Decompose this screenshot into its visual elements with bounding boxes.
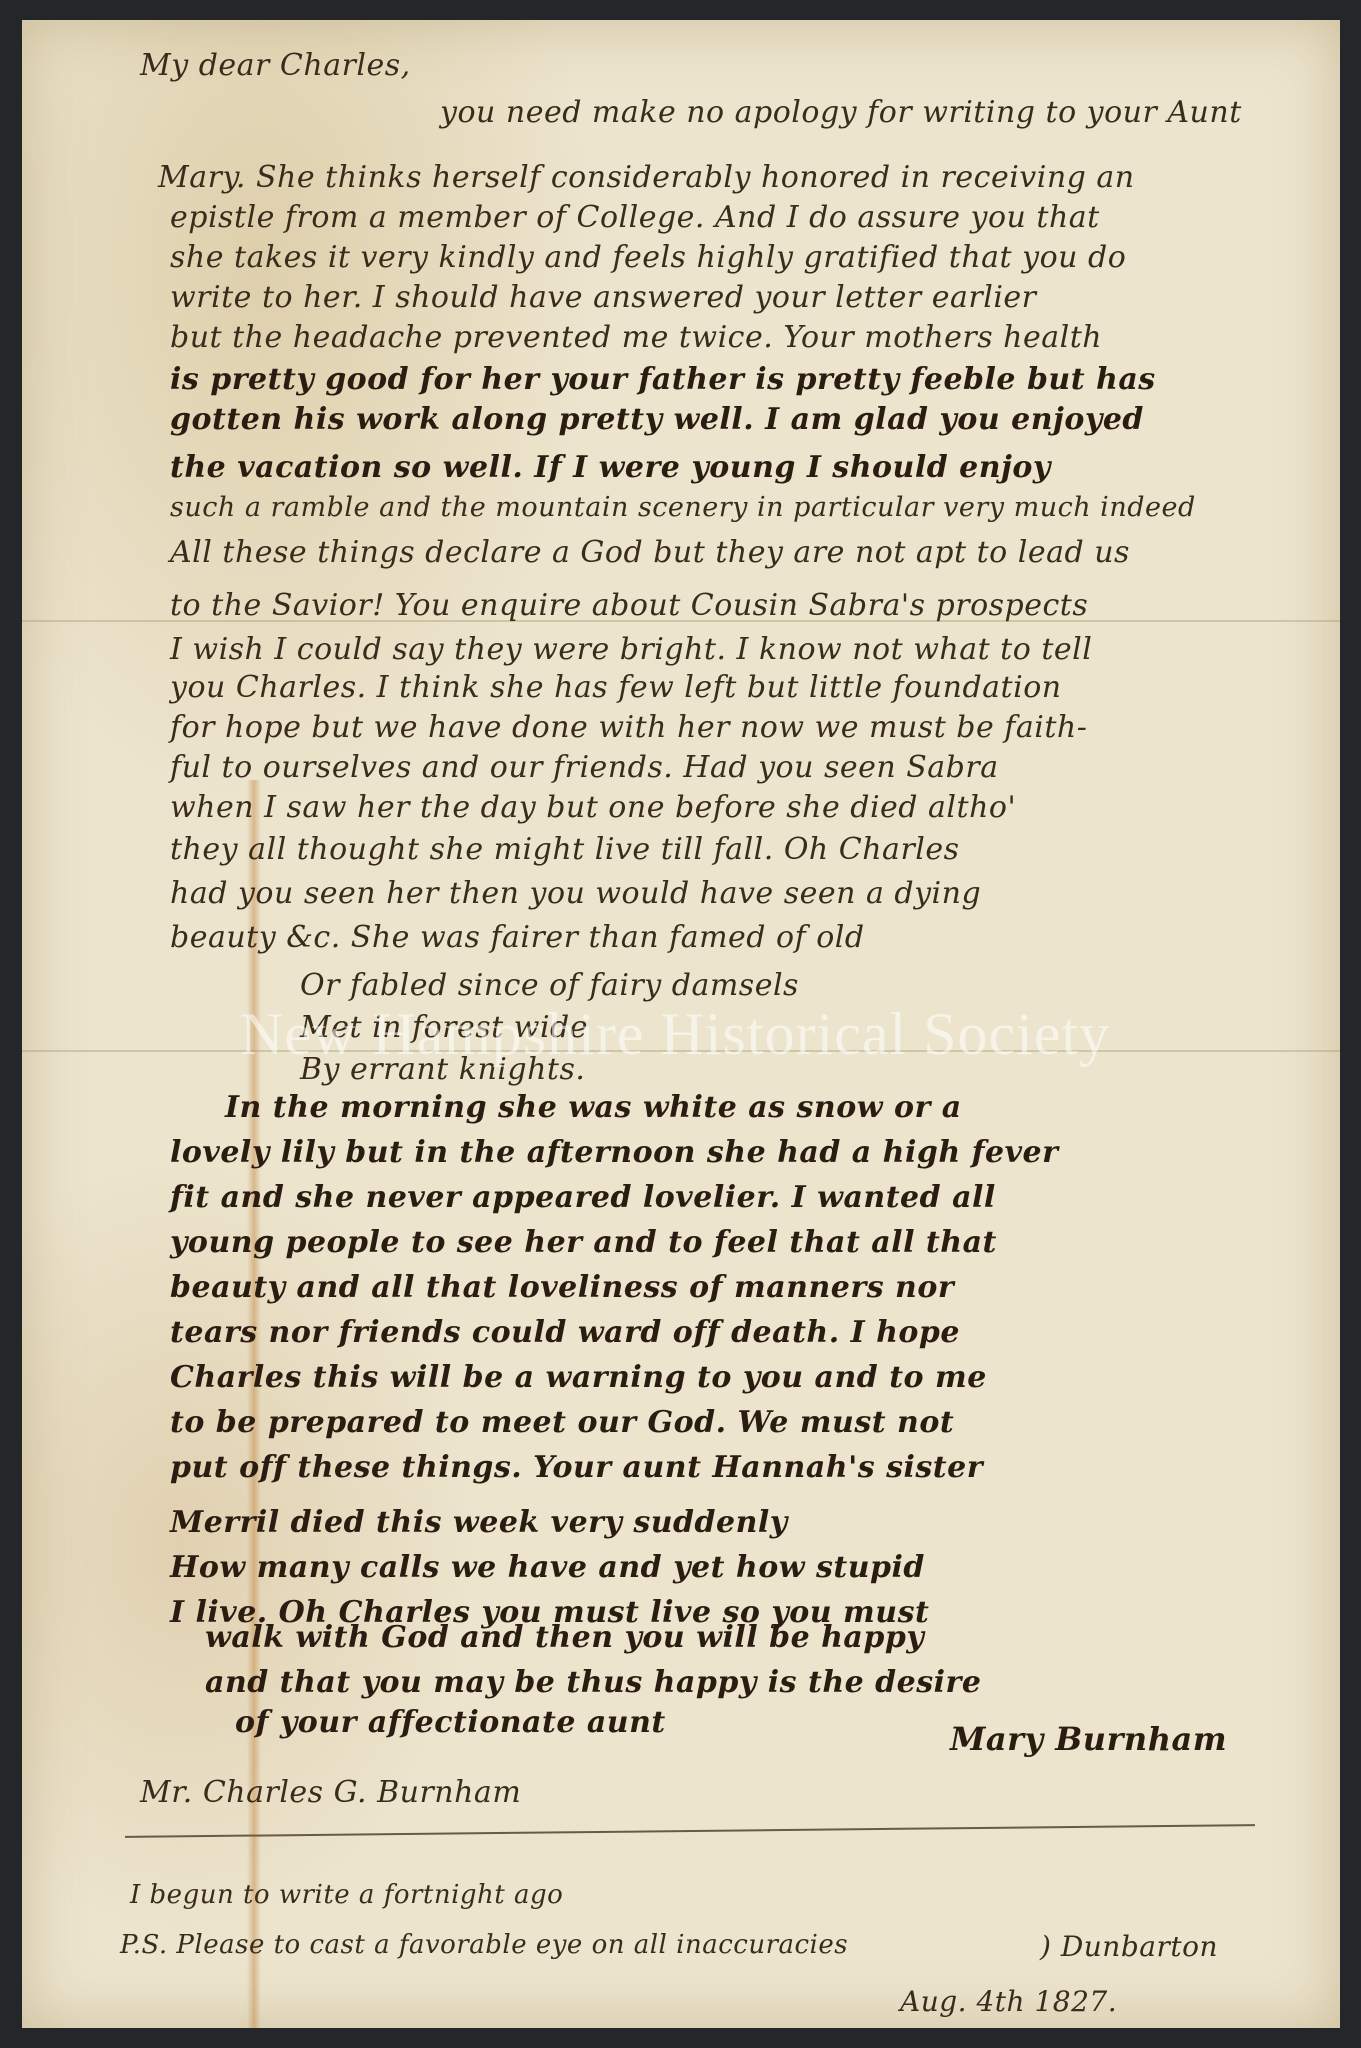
body-line: such a ramble and the mountain scenery i… bbox=[170, 492, 1196, 523]
body-line: gotten his work along pretty well. I am … bbox=[170, 402, 1144, 437]
body-line: they all thought she might live till fal… bbox=[170, 832, 960, 867]
body-line: Merril died this week very suddenly bbox=[170, 1505, 788, 1540]
watermark: New Hampshire Historical Society bbox=[240, 1000, 1110, 1069]
body-line: lovely lily but in the afternoon she had… bbox=[170, 1135, 1058, 1170]
postscript-line: I begun to write a fortnight ago bbox=[130, 1880, 563, 1910]
body-line: beauty and all that loveliness of manner… bbox=[170, 1270, 954, 1305]
body-line: walk with God and then you will be happy bbox=[205, 1620, 924, 1655]
signature: Mary Burnham bbox=[950, 1720, 1227, 1758]
closing-line: of your affectionate aunt bbox=[235, 1705, 666, 1740]
addressee: Mr. Charles G. Burnham bbox=[140, 1775, 521, 1810]
place: ) Dunbarton bbox=[1040, 1930, 1218, 1963]
body-line: but the headache prevented me twice. You… bbox=[170, 320, 1102, 355]
body-line: write to her. I should have answered you… bbox=[170, 280, 1037, 315]
body-line: In the morning she was white as snow or … bbox=[225, 1090, 962, 1125]
body-line: How many calls we have and yet how stupi… bbox=[170, 1550, 925, 1585]
body-line: to the Savior! You enquire about Cousin … bbox=[170, 588, 1088, 623]
date: Aug. 4th 1827. bbox=[900, 1985, 1117, 2018]
body-line: All these things declare a God but they … bbox=[170, 535, 1130, 570]
salutation: My dear Charles, bbox=[140, 48, 411, 83]
body-line: to be prepared to meet our God. We must … bbox=[170, 1405, 954, 1440]
body-line: had you seen her then you would have see… bbox=[170, 876, 981, 911]
verse-line: Or fabled since of fairy damsels bbox=[300, 968, 799, 1003]
body-line: fit and she never appeared lovelier. I w… bbox=[170, 1180, 996, 1215]
body-line: the vacation so well. If I were young I … bbox=[170, 450, 1051, 485]
body-line: young people to see her and to feel that… bbox=[170, 1225, 997, 1260]
body-line: ful to ourselves and our friends. Had yo… bbox=[170, 750, 999, 785]
body-line: Mary. She thinks herself considerably ho… bbox=[158, 160, 1135, 195]
body-line: put off these things. Your aunt Hannah's… bbox=[170, 1450, 983, 1485]
body-line: when I saw her the day but one before sh… bbox=[170, 790, 1016, 825]
body-line: is pretty good for her your father is pr… bbox=[170, 362, 1156, 397]
postscript-line: P.S. Please to cast a favorable eye on a… bbox=[120, 1930, 848, 1960]
body-line: I wish I could say they were bright. I k… bbox=[170, 632, 1092, 667]
body-line: you Charles. I think she has few left bu… bbox=[170, 670, 1062, 705]
body-line: beauty &c. She was fairer than famed of … bbox=[170, 920, 865, 955]
body-line: Charles this will be a warning to you an… bbox=[170, 1360, 987, 1395]
body-line: tears nor friends could ward off death. … bbox=[170, 1315, 960, 1350]
body-line: she takes it very kindly and feels highl… bbox=[170, 240, 1126, 275]
body-line: for hope but we have done with her now w… bbox=[170, 710, 1087, 745]
body-line: you need make no apology for writing to … bbox=[440, 95, 1242, 130]
water-stain bbox=[247, 780, 261, 2028]
body-line: epistle from a member of College. And I … bbox=[170, 200, 1100, 235]
body-line: and that you may be thus happy is the de… bbox=[205, 1665, 981, 1700]
